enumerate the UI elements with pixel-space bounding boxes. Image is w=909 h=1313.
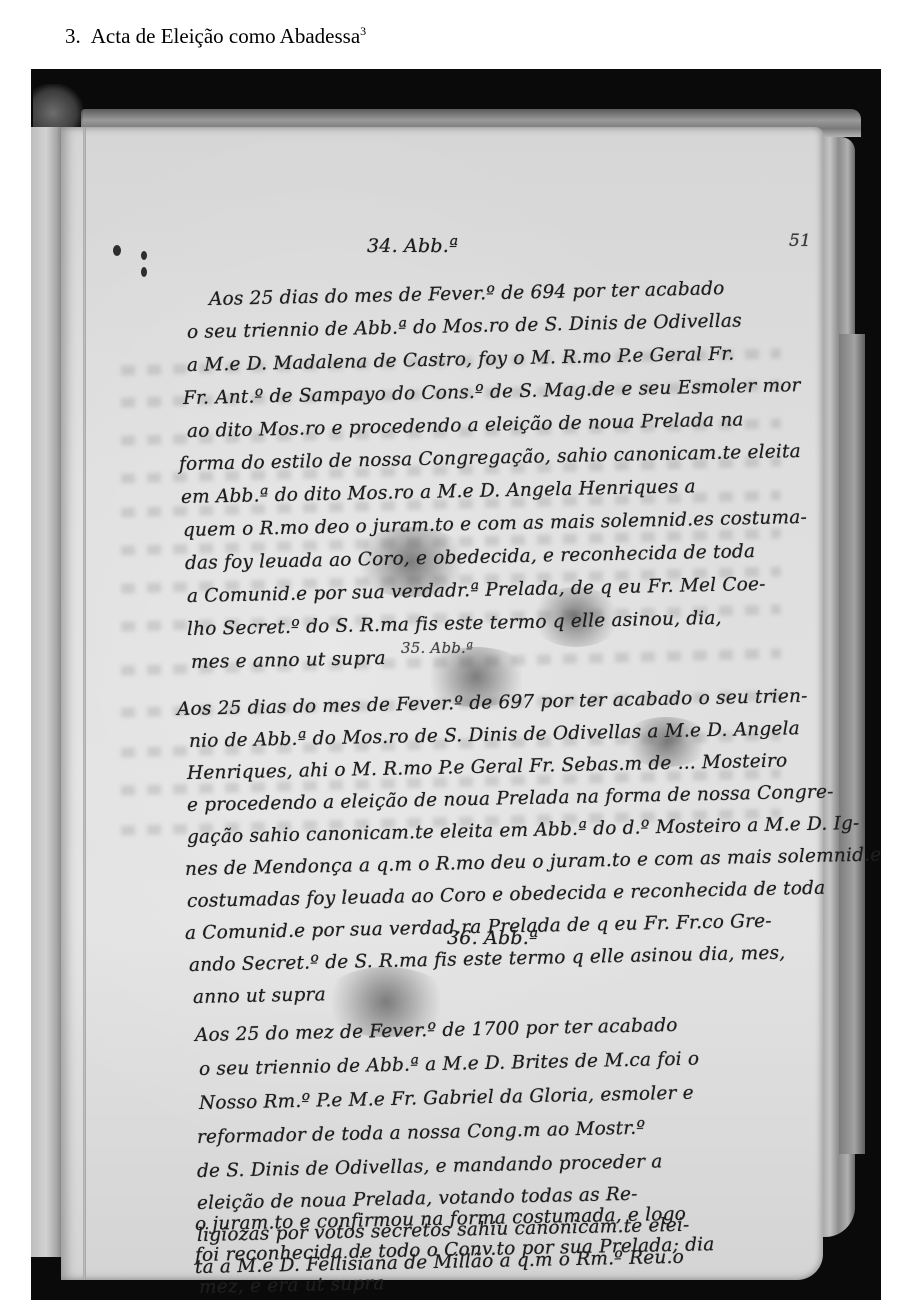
manuscript-line: nes de Mendonça a q.m o R.mo deu o juram… (185, 844, 881, 880)
manuscript-line: o seu triennio de Abb.ª a M.e D. Brites … (199, 1049, 700, 1080)
entry-header: 34. Abb.ª (367, 235, 458, 257)
manuscript-line: das foy leuada ao Coro, e obedecida, e r… (185, 541, 756, 574)
worm-hole (113, 245, 121, 256)
manuscript-line: a M.e D. Madalena de Castro, foy o M. R.… (187, 344, 735, 376)
manuscript-line: Aos 25 do mez de Fever.º de 1700 por ter… (195, 1015, 678, 1046)
manuscript-line: ligiozas por votos secretos sahiu canoni… (197, 1215, 690, 1246)
worm-hole (141, 267, 147, 277)
manuscript-line: gação sahio canonicam.te eleita em Abb.ª… (187, 813, 860, 848)
manuscript-line: de S. Dinis de Odivellas, e mandando pro… (197, 1151, 663, 1182)
manuscript-line: ta a M.e D. Fellisiana de Millão a q.m o… (195, 1247, 684, 1278)
manuscript-line: Aos 25 dias do mes de Fever.º de 697 por… (177, 686, 808, 720)
heading-number: 3. (65, 24, 81, 48)
binding-strip (31, 127, 61, 1257)
manuscript-line: Fr. Ant.º de Sampayo do Cons.º de S. Mag… (183, 375, 801, 409)
manuscript-line: anno ut supra (193, 984, 326, 1008)
footnote-reference: 3 (360, 24, 366, 38)
manuscript-page: 51 34. Abb.ª Aos 25 dias do mes de Fever… (61, 127, 823, 1280)
manuscript-line: lho Secret.º do S. R.ma fis este termo q… (187, 608, 722, 640)
worm-hole (141, 251, 147, 260)
manuscript-line: Henriques, ahi o M. R.mo P.e Geral Fr. S… (187, 750, 788, 784)
folio-number: 51 (789, 231, 811, 251)
binding-thread (33, 84, 83, 132)
manuscript-line: eleição de noua Prelada, votando todas a… (197, 1184, 638, 1214)
manuscript-line: e procedendo a eleição de noua Prelada n… (187, 781, 834, 816)
loose-page-flap (839, 334, 865, 1154)
entry-header: 35. Abb.ª (401, 639, 473, 657)
manuscript-line: forma do estilo de nossa Congregação, sa… (179, 441, 801, 475)
manuscript-line: ao dito Mos.ro e procedendo a eleição de… (187, 409, 744, 442)
document-heading: 3.Acta de Eleição como Abadessa3 (65, 24, 366, 49)
manuscript-line: reformador de toda a nossa Cong.m ao Mos… (197, 1118, 646, 1148)
manuscript-line: costumadas foy leuada ao Coro e obedecid… (187, 878, 826, 912)
manuscript-line: Nosso Rm.º P.e M.e Fr. Gabriel da Gloria… (199, 1083, 694, 1114)
manuscript-line: em Abb.ª do dito Mos.ro a M.e D. Angela … (181, 476, 696, 508)
gutter-fold (83, 127, 86, 1280)
entry-header: 36. Abb.ª (447, 927, 538, 949)
manuscript-line: quem o R.mo deo o juram.to e com as mais… (183, 507, 807, 541)
manuscript-line: mes e anno ut supra (191, 648, 386, 673)
manuscript-photograph: 51 34. Abb.ª Aos 25 dias do mes de Fever… (31, 69, 881, 1300)
manuscript-line: Aos 25 dias do mes de Fever.º de 694 por… (209, 278, 725, 310)
manuscript-line: nio de Abb.ª do Mos.ro de S. Dinis de Od… (189, 718, 800, 752)
manuscript-line: a Comunid.e por sua verdadr.ª Prelada, d… (187, 574, 766, 607)
heading-title: Acta de Eleição como Abadessa (91, 24, 360, 48)
manuscript-line: o seu triennio de Abb.ª do Mos.ro de S. … (187, 310, 742, 343)
